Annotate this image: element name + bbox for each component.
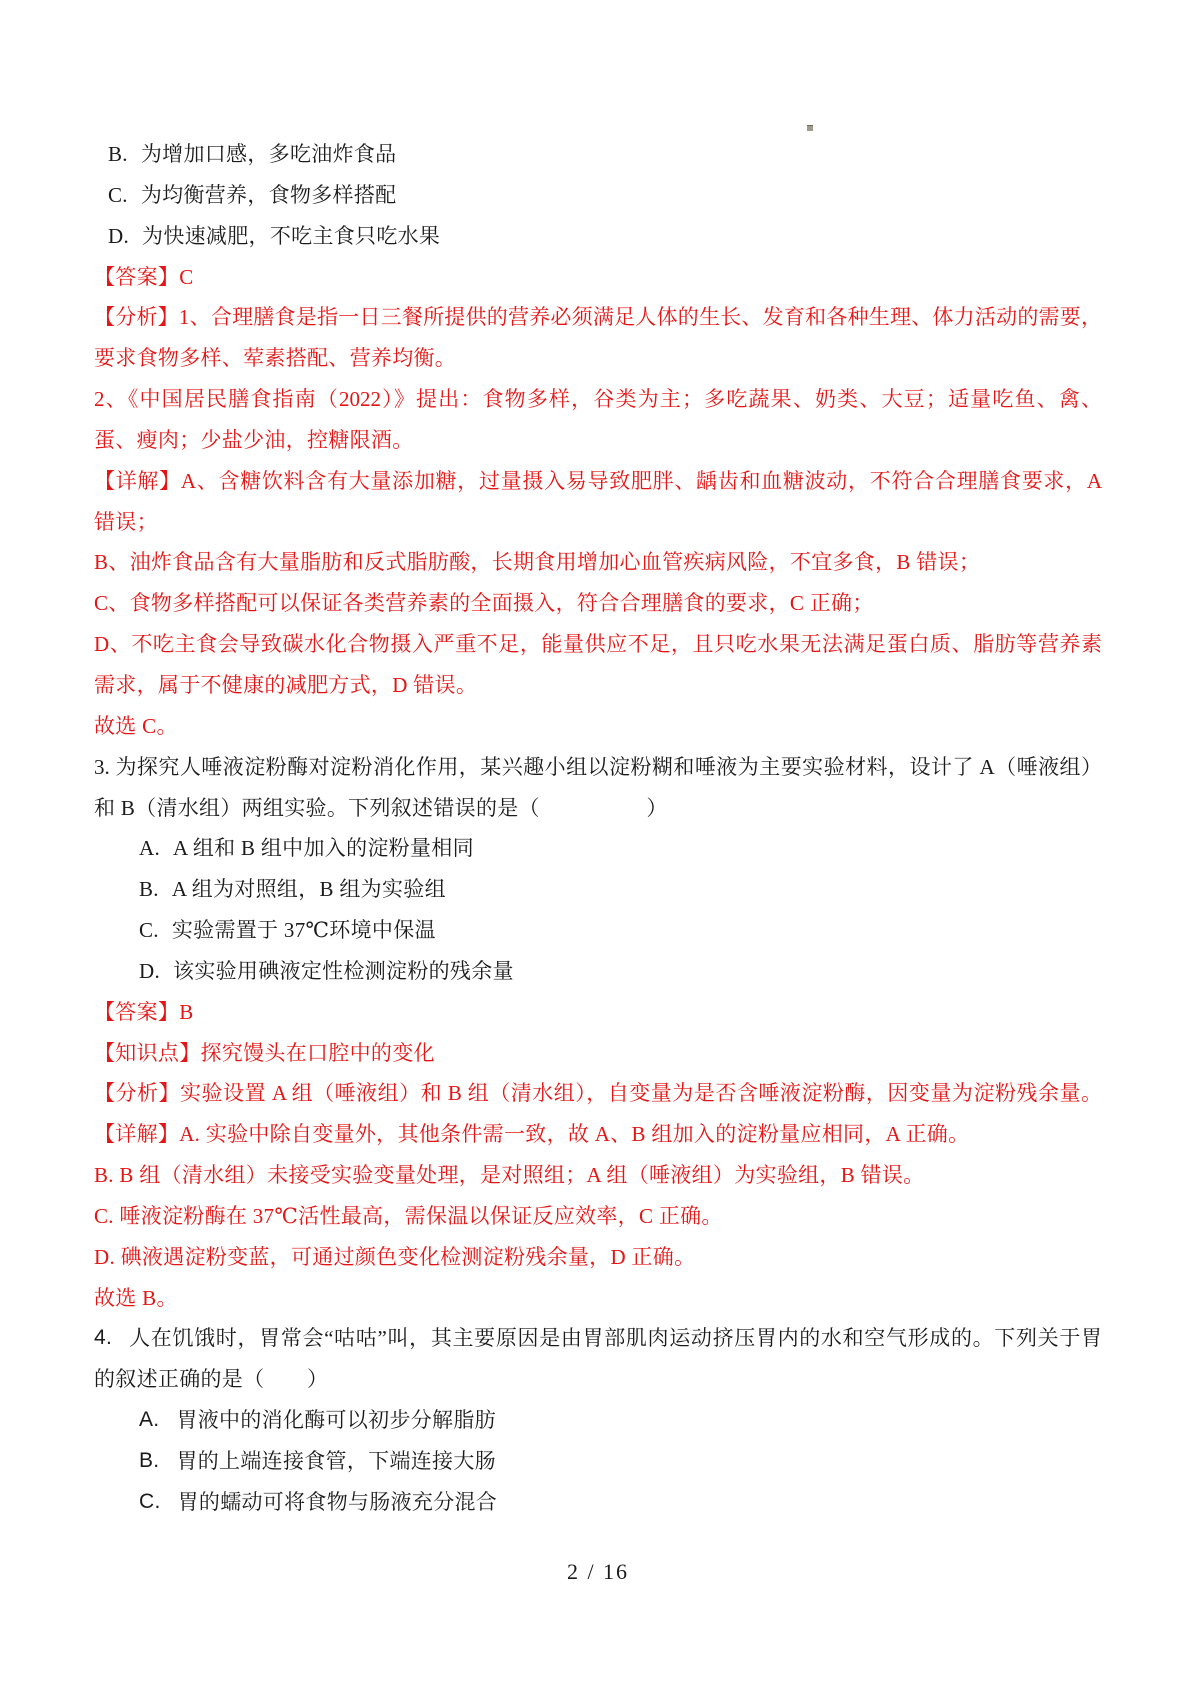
option-line-d: D.该实验用碘液定性检测淀粉的残余量 (94, 951, 1102, 992)
option-text: 为快速减肥，不吃主食只吃水果 (142, 216, 440, 257)
explanation-line: C、食物多样搭配可以保证各类营养素的全面摄入，符合合理膳食的要求，C 正确； (94, 583, 1102, 624)
answer-line: 【答案】C (94, 257, 1102, 298)
explanation-line: 需求，属于不健康的减肥方式，D 错误。 (94, 665, 1102, 706)
option-text: 实验需置于 37℃环境中保温 (172, 910, 436, 951)
analysis-line: 蛋、瘦肉；少盐少油，控糖限酒。 (94, 420, 1102, 461)
knowledge-point-line: 【知识点】探究馒头在口腔中的变化 (94, 1033, 1102, 1074)
option-letter: B. (108, 134, 128, 175)
question-3-stem-line: 和 B（清水组）两组实验。下列叙述错误的是（ ） (94, 788, 1102, 829)
explanation-line: B、油炸食品含有大量脂肪和反式脂肪酸，长期食用增加心血管疾病风险，不宜多食，B … (94, 542, 1102, 583)
option-line-a: A.胃液中的消化酶可以初步分解脂肪 (94, 1400, 1102, 1441)
document-body: B.为增加口感，多吃油炸食品 C.为均衡营养，食物多样搭配 D.为快速减肥，不吃… (94, 134, 1102, 1587)
option-text: 为增加口感，多吃油炸食品 (141, 134, 397, 175)
option-text: 胃的上端连接食管，下端连接大肠 (176, 1441, 496, 1482)
conclusion-line: 故选 B。 (94, 1278, 1102, 1319)
option-letter: C. (139, 1482, 161, 1523)
option-line-a: A.A 组和 B 组中加入的淀粉量相同 (94, 828, 1102, 869)
option-line-b: B.为增加口感，多吃油炸食品 (94, 134, 1102, 175)
option-line-d: D.为快速减肥，不吃主食只吃水果 (94, 216, 1102, 257)
option-text: A 组和 B 组中加入的淀粉量相同 (173, 828, 474, 869)
option-text: 该实验用碘液定性检测淀粉的残余量 (173, 951, 514, 992)
analysis-line: 2、《中国居民膳食指南（2022）》提出：食物多样，谷类为主；多吃蔬果、奶类、大… (94, 379, 1102, 420)
option-letter: D. (108, 216, 129, 257)
option-text: 为均衡营养，食物多样搭配 (141, 175, 397, 216)
option-text: A 组为对照组，B 组为实验组 (172, 869, 446, 910)
explanation-line: 错误； (94, 502, 1102, 543)
explanation-line: 【详解】A. 实验中除自变量外，其他条件需一致，故 A、B 组加入的淀粉量应相同… (94, 1114, 1102, 1155)
answer-line: 【答案】B (94, 992, 1102, 1033)
explanation-line: D. 碘液遇淀粉变蓝，可通过颜色变化检测淀粉残余量，D 正确。 (94, 1237, 1102, 1278)
explanation-line: C. 唾液淀粉酶在 37℃活性最高，需保温以保证反应效率，C 正确。 (94, 1196, 1102, 1237)
option-line-c: C.为均衡营养，食物多样搭配 (94, 175, 1102, 216)
option-letter: D. (139, 951, 160, 992)
option-letter: C. (139, 910, 159, 951)
question-stem-text: 人在饥饿时，胃常会“咕咕”叫，其主要原因是由胃部肌肉运动挤压胃内的水和空气形成的… (129, 1318, 1102, 1359)
option-line-b: B.A 组为对照组，B 组为实验组 (94, 869, 1102, 910)
analysis-line: 【分析】实验设置 A 组（唾液组）和 B 组（清水组），自变量为是否含唾液淀粉酶… (94, 1073, 1102, 1114)
option-letter: B. (139, 869, 159, 910)
explanation-line: D、不吃主食会导致碳水化合物摄入严重不足，能量供应不足，且只吃水果无法满足蛋白质… (94, 624, 1102, 665)
stray-mark (807, 125, 813, 131)
option-text: 胃的蠕动可将食物与肠液充分混合 (178, 1482, 498, 1523)
option-line-b: B.胃的上端连接食管，下端连接大肠 (94, 1441, 1102, 1482)
analysis-line: 【分析】1、合理膳食是指一日三餐所提供的营养必须满足人体的生长、发育和各种生理、… (94, 297, 1102, 338)
option-letter: B. (139, 1441, 159, 1482)
explanation-line: B. B 组（清水组）未接受实验变量处理，是对照组；A 组（唾液组）为实验组，B… (94, 1155, 1102, 1196)
explanation-line: 【详解】A、含糖饮料含有大量添加糖，过量摄入易导致肥胖、龋齿和血糖波动，不符合合… (94, 461, 1102, 502)
option-line-c: C.实验需置于 37℃环境中保温 (94, 910, 1102, 951)
question-4-stem-line: 的叙述正确的是（ ） (94, 1359, 1102, 1400)
option-line-c: C.胃的蠕动可将食物与肠液充分混合 (94, 1482, 1102, 1523)
option-text: 胃液中的消化酶可以初步分解脂肪 (176, 1400, 496, 1441)
option-letter: A. (139, 1400, 159, 1441)
question-4-stem-line: 4.人在饥饿时，胃常会“咕咕”叫，其主要原因是由胃部肌肉运动挤压胃内的水和空气形… (94, 1318, 1102, 1359)
conclusion-line: 故选 C。 (94, 706, 1102, 747)
option-letter: C. (108, 175, 128, 216)
page-number: 2 / 16 (94, 1557, 1102, 1587)
analysis-line: 要求食物多样、荤素搭配、营养均衡。 (94, 338, 1102, 379)
option-letter: A. (139, 828, 160, 869)
question-3-stem-line: 3. 为探究人唾液淀粉酶对淀粉消化作用，某兴趣小组以淀粉糊和唾液为主要实验材料，… (94, 747, 1102, 788)
question-number: 4. (94, 1318, 112, 1359)
